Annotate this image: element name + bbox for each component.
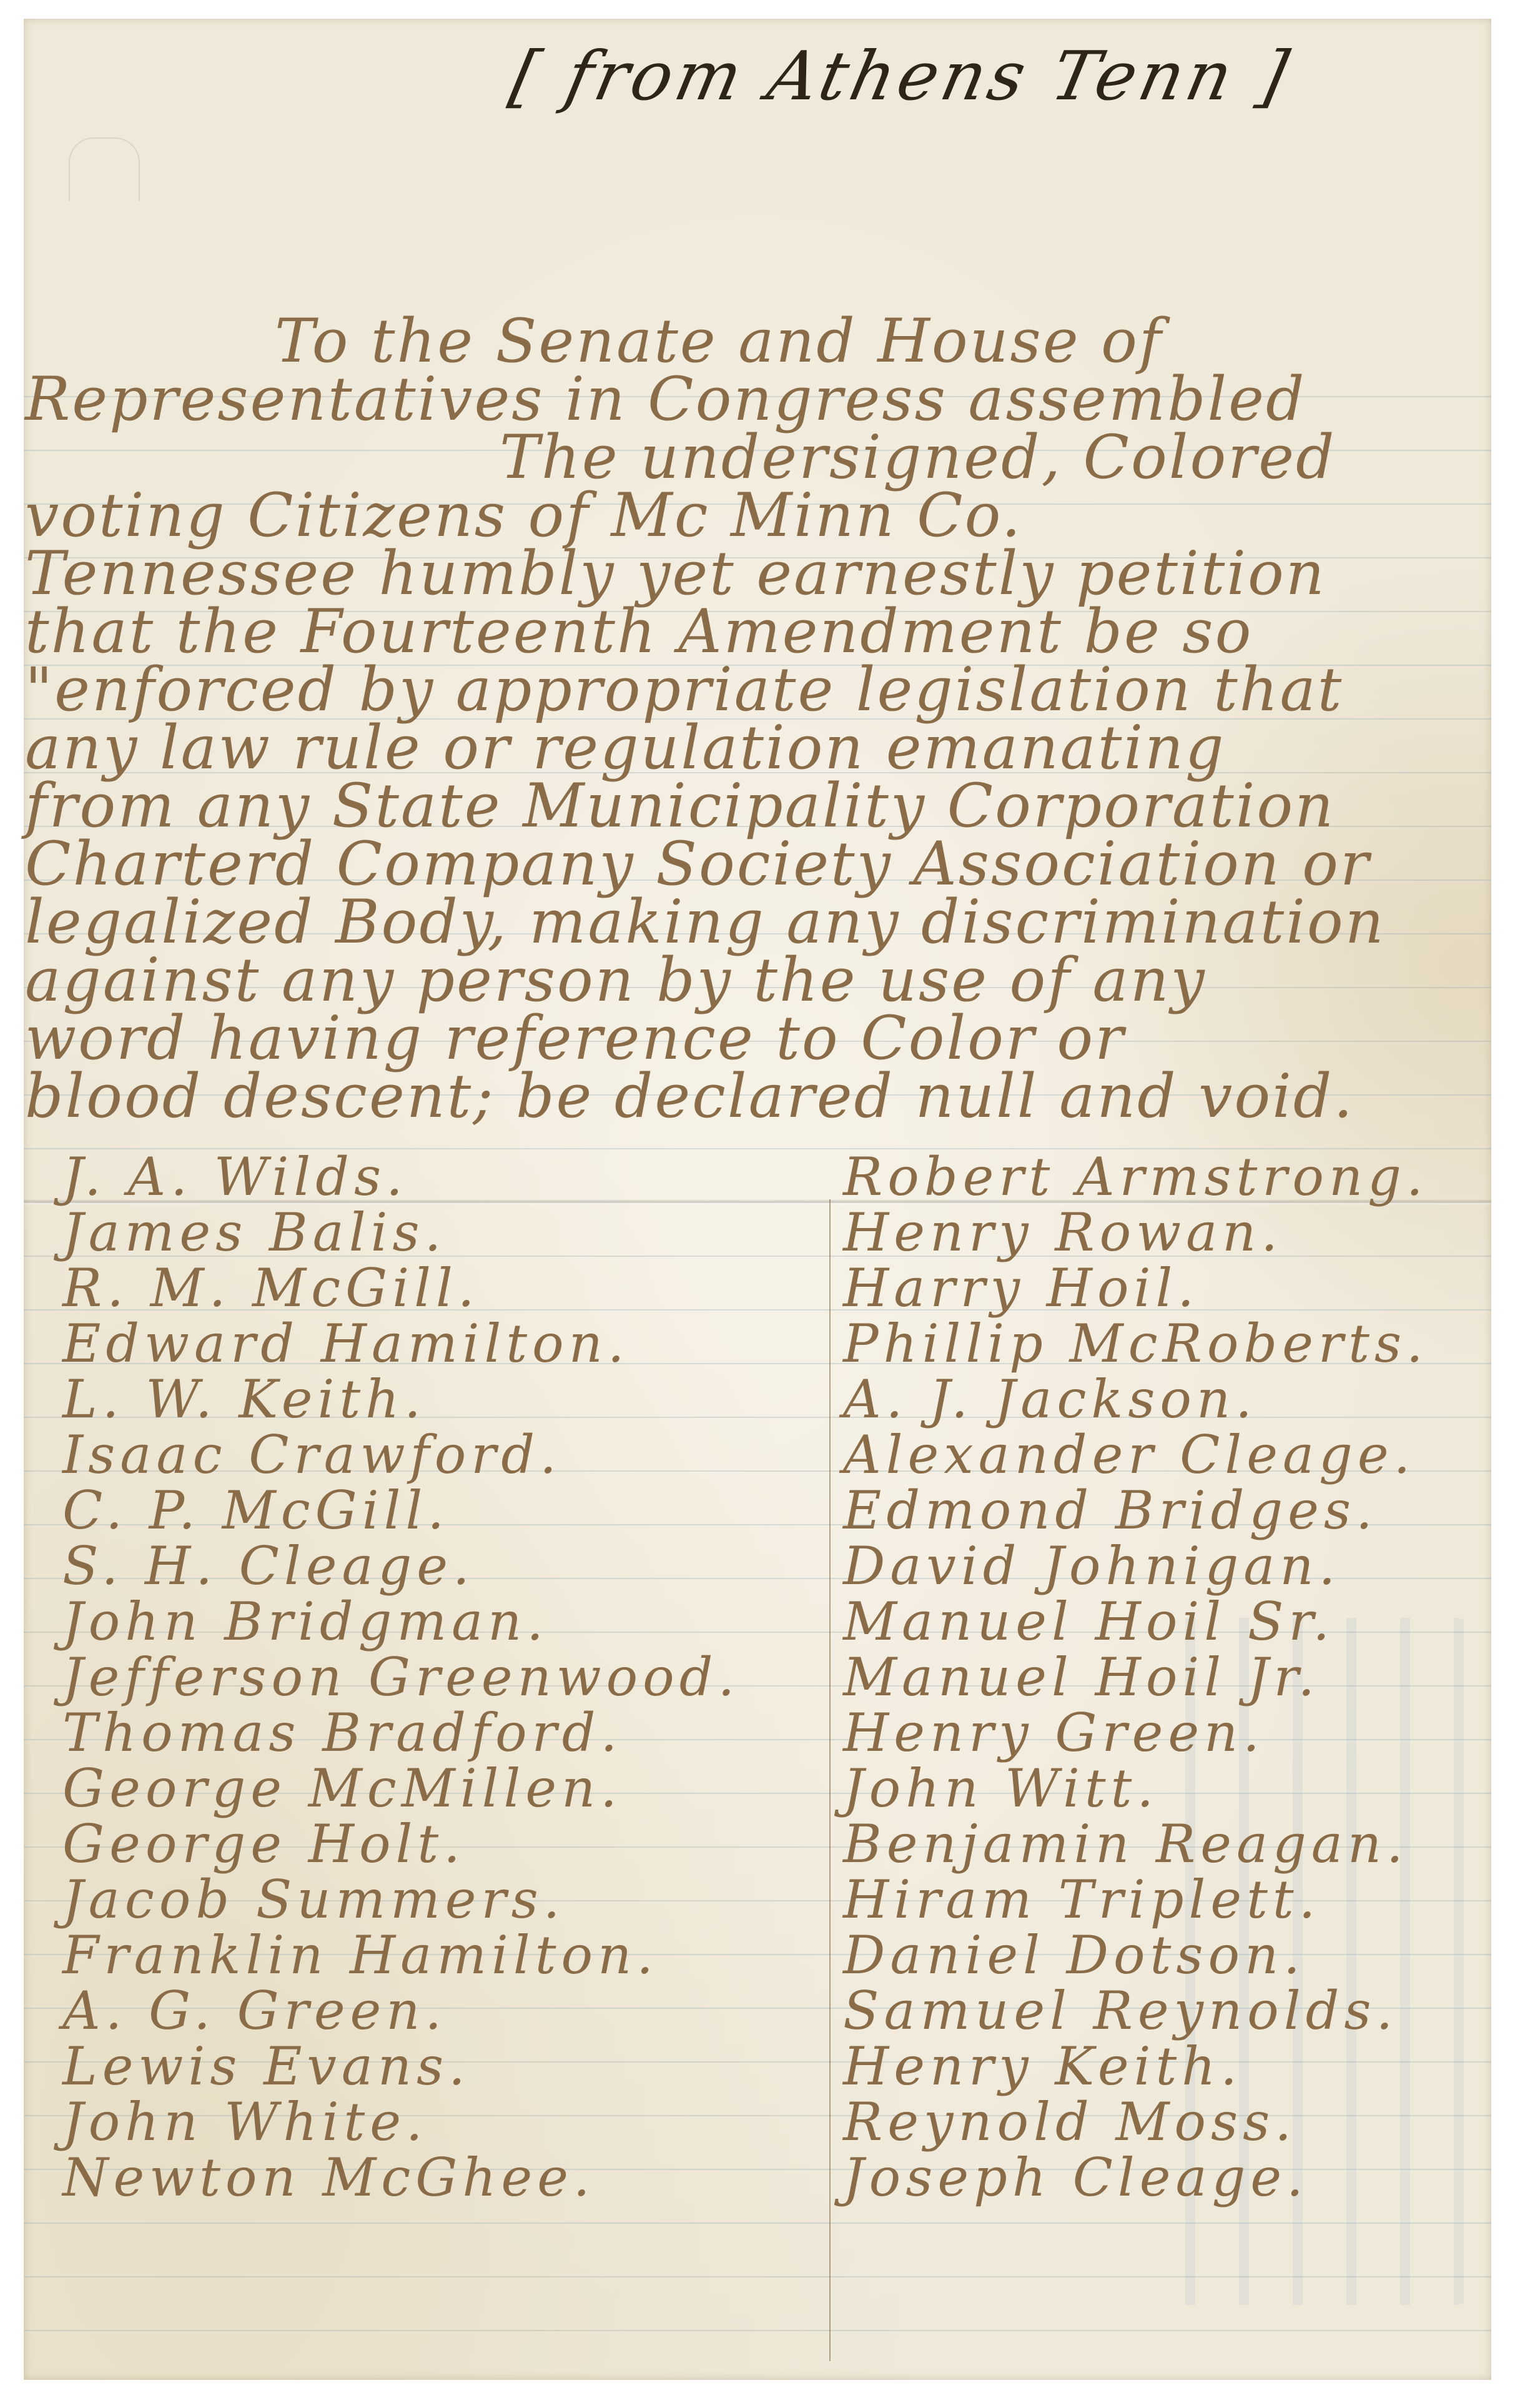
signature: George McMillen. [62,1761,812,1816]
signature: George Holt. [62,1816,812,1872]
column-divider [829,1199,831,2361]
signature: Franklin Hamilton. [62,1928,812,1983]
signature: Newton McGhee. [62,2150,812,2206]
petition-line: legalized Body, making any discriminatio… [25,893,1474,951]
signature: Jefferson Greenwood. [62,1650,812,1705]
signature: Isaac Crawford. [62,1427,812,1483]
signature: Daniel Dotson. [843,1928,1480,1983]
archival-header-note: [ from Athens Tenn ] [504,37,1020,116]
signature: R. M. McGill. [62,1261,812,1316]
signature: John Bridgman. [62,1594,812,1650]
signature: Jacob Summers. [62,1872,812,1928]
petition-line: from any State Municipality Corporation [25,777,1474,835]
petition-line: Tennessee humbly yet earnestly petition [25,545,1474,603]
petition-line: Representatives in Congress assembled [25,370,1474,429]
signature: Benjamin Reagan. [843,1816,1480,1872]
signature: Alexander Cleage. [843,1427,1480,1483]
petition-line: The undersigned, Colored [25,429,1474,487]
petition-line: Charterd Company Society Association or [25,835,1474,893]
signature: Manuel Hoil Sr. [843,1594,1480,1650]
signature: John White. [62,2094,812,2150]
signature: Edmond Bridges. [843,1483,1480,1538]
petition-line: any law rule or regulation emanating [25,719,1474,777]
petition-line: word having reference to Color or [25,1009,1474,1068]
signature: J. A. Wilds. [62,1149,812,1205]
signatures-left-column: J. A. Wilds. James Balis. R. M. McGill. … [62,1149,812,2206]
petition-line: against any person by the use of any [25,951,1474,1009]
signature: A. J. Jackson. [843,1372,1480,1427]
embossed-stamp-icon [69,137,140,201]
signature: Hiram Triplett. [843,1872,1480,1928]
signature: A. G. Green. [62,1983,812,2039]
petition-line: "enforced by appropriate legislation tha… [25,661,1474,719]
signature: Edward Hamilton. [62,1316,812,1372]
signature: Henry Rowan. [843,1205,1480,1261]
signature: John Witt. [843,1761,1480,1816]
petition-line: To the Senate and House of [25,312,1474,370]
petition-line: blood descent; be declared null and void… [25,1068,1474,1126]
signature: C. P. McGill. [62,1483,812,1538]
signature: Henry Green. [843,1705,1480,1761]
signature: Joseph Cleage. [843,2150,1480,2206]
signature: S. H. Cleage. [62,1538,812,1594]
signature: Reynold Moss. [843,2094,1480,2150]
signature: David Johnigan. [843,1538,1480,1594]
signature: Samuel Reynolds. [843,1983,1480,2039]
signature: Henry Keith. [843,2039,1480,2094]
signatures-right-column: Robert Armstrong. Henry Rowan. Harry Hoi… [843,1149,1480,2206]
signature: Harry Hoil. [843,1261,1480,1316]
signature: James Balis. [62,1205,812,1261]
petition-line: voting Citizens of Mc Minn Co. [25,487,1474,545]
signature-block: J. A. Wilds. James Balis. R. M. McGill. … [25,1149,1474,2367]
signature: Phillip McRoberts. [843,1316,1480,1372]
petition-line: that the Fourteenth Amendment be so [25,603,1474,661]
petition-body: To the Senate and House of Representativ… [25,312,1474,1126]
signature: Robert Armstrong. [843,1149,1480,1205]
signature: Manuel Hoil Jr. [843,1650,1480,1705]
signature: Thomas Bradford. [62,1705,812,1761]
signature: Lewis Evans. [62,2039,812,2094]
signature: L. W. Keith. [62,1372,812,1427]
